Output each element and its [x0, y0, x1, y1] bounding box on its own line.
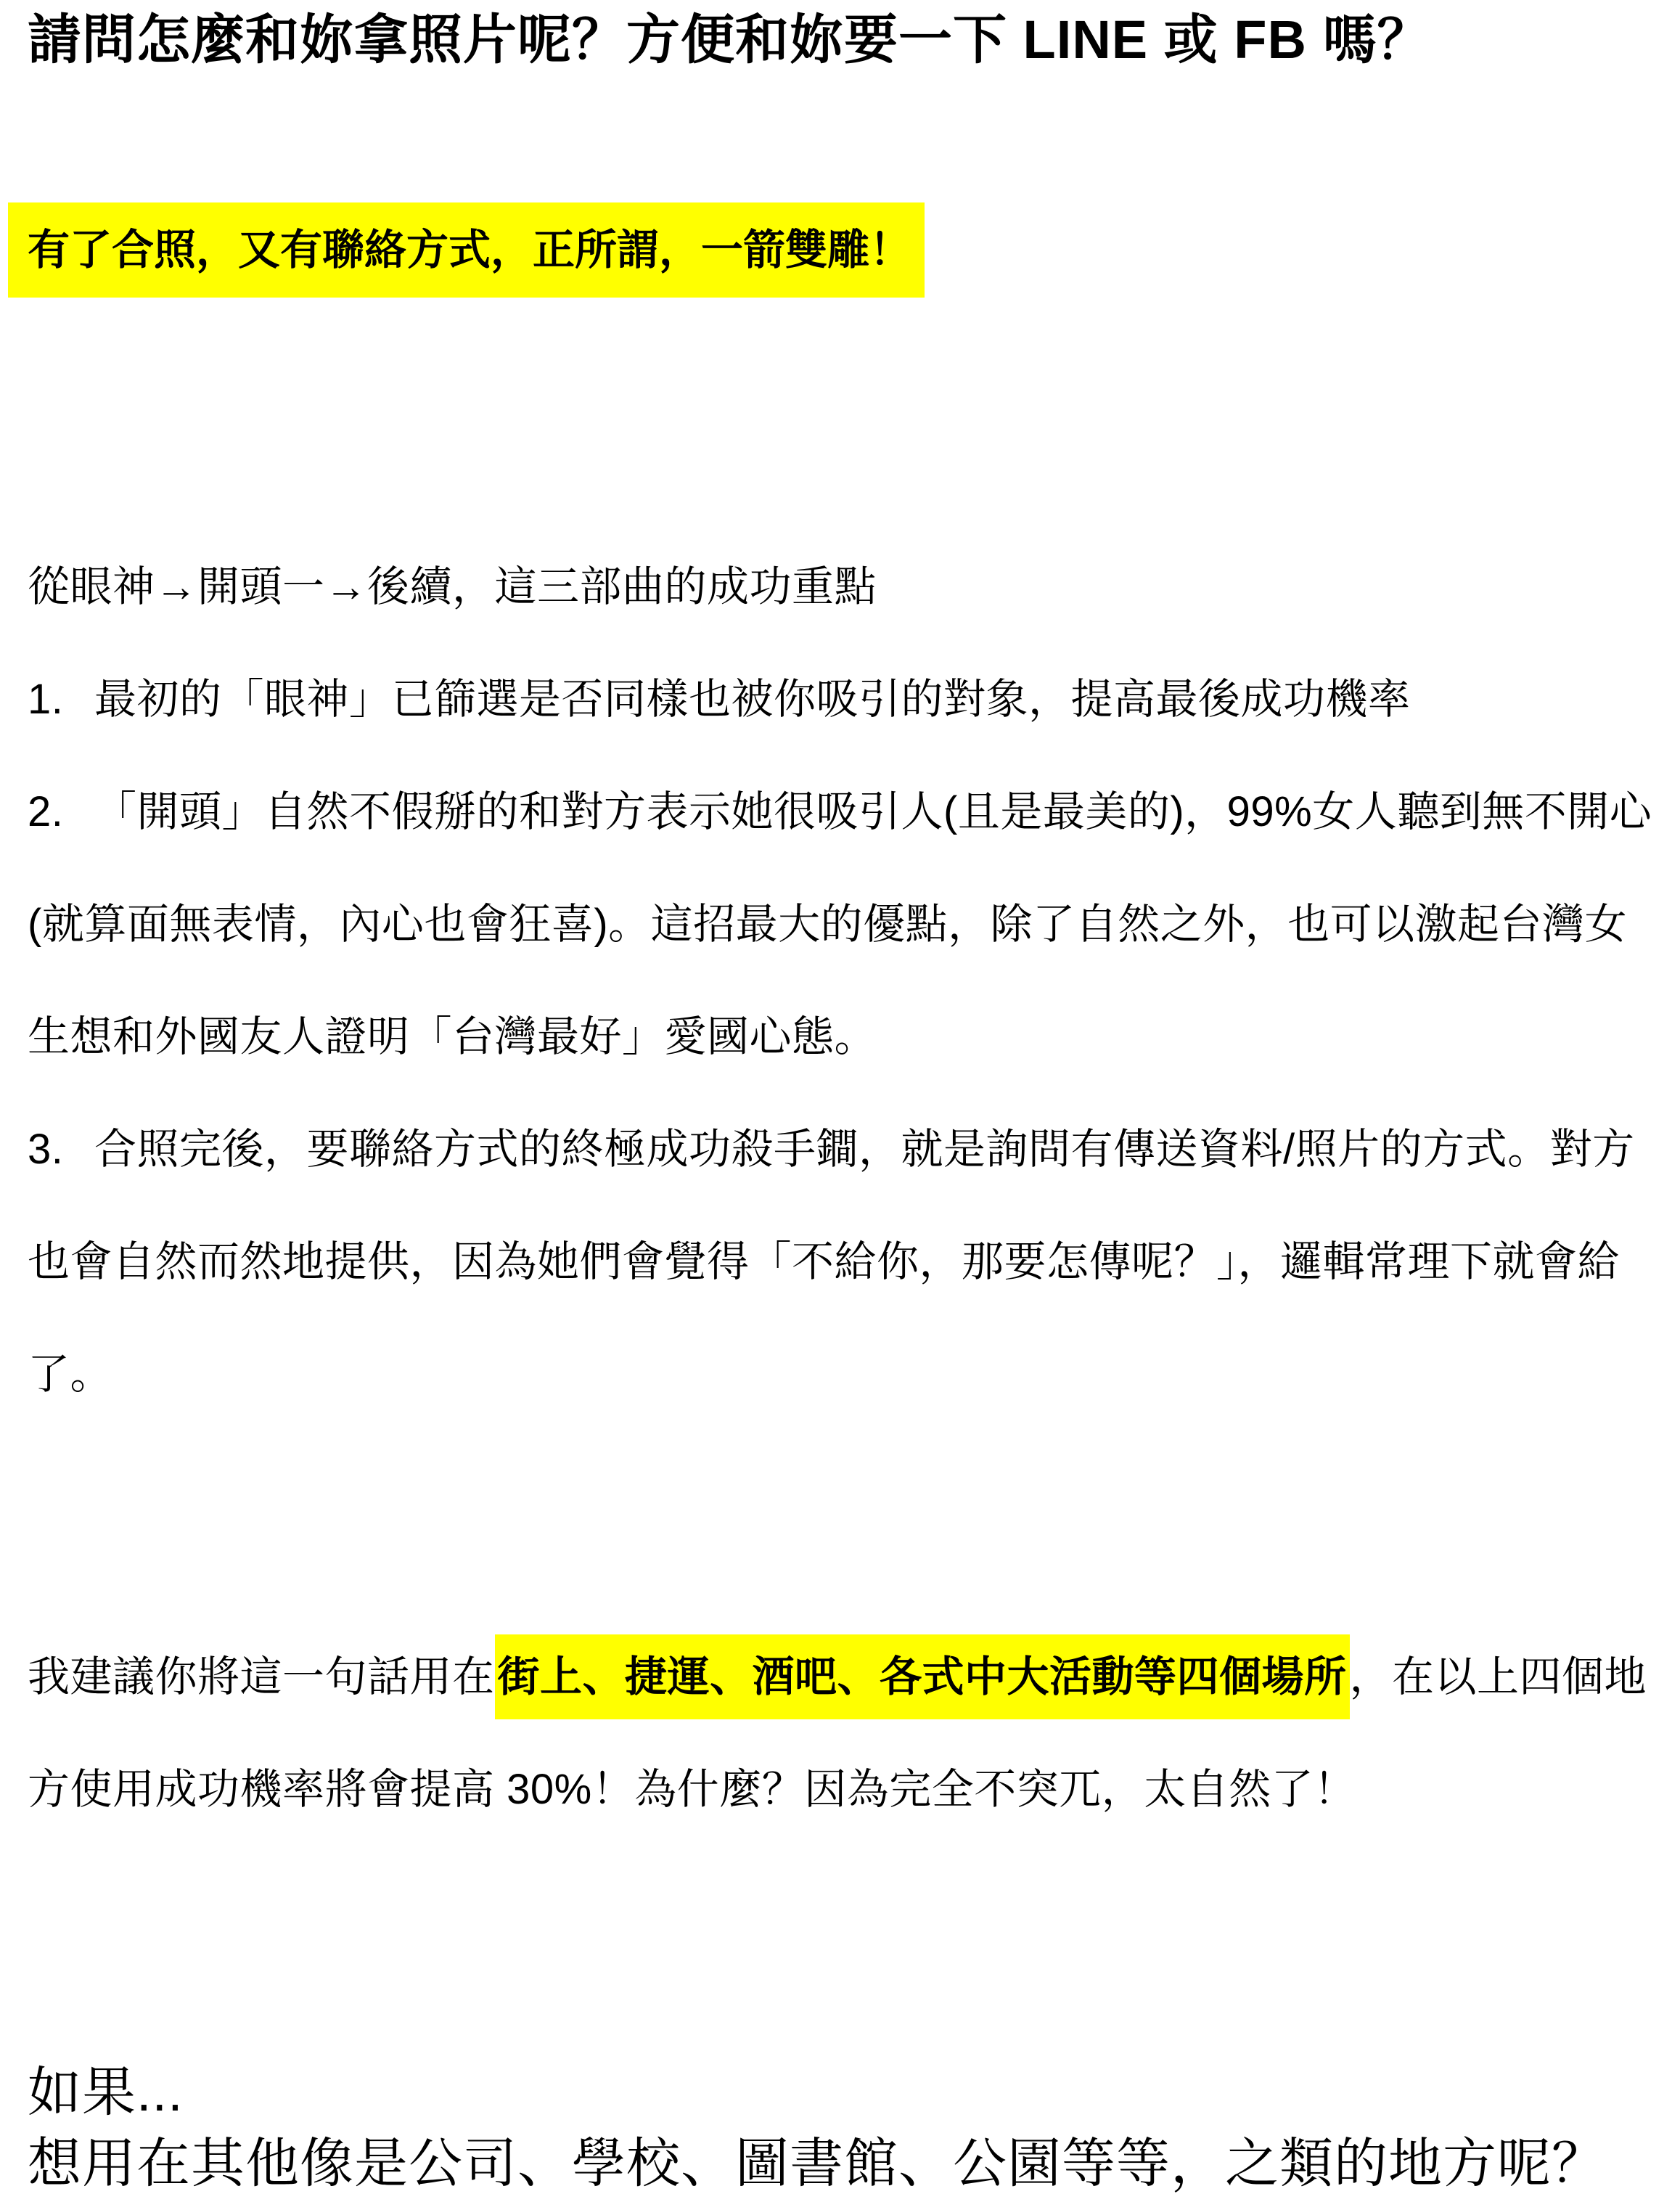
step-item: 3.合照完後，要聯絡方式的終極成功殺手鐧，就是詢問有傳送資料/照片的方式。對方也…: [28, 1093, 1653, 1430]
step-text: 最初的「眼神」已篩選是否同樣也被你吸引的對象，提高最後成功機率: [94, 676, 1411, 723]
advice-paragraph: 我建議你將這一句話用在街上、捷運、酒吧、各式中大活動等四個場所，在以上四個地方使…: [28, 1621, 1653, 1846]
advice-prefix: 我建議你將這一句話用在: [28, 1653, 495, 1700]
steps-list: 1.最初的「眼神」已篩選是否同樣也被你吸引的對象，提高最後成功機率2.「開頭」自…: [28, 643, 1653, 1430]
intro-line: 從眼神→開頭一→後續，這三部曲的成功重點: [28, 531, 1653, 643]
step-number: 1.: [28, 643, 94, 756]
step-number: 2.: [28, 756, 94, 868]
outro-line-2: 想用在其他像是公司、學校、圖書館、公園等等，之類的地方呢？: [28, 2128, 1653, 2194]
highlight-statement-text: 有了合照，又有聯絡方式，正所謂，一箭雙雕！: [8, 202, 925, 298]
step-item: 2.「開頭」自然不假掰的和對方表示她很吸引人(且是最美的)，99%女人聽到無不開…: [28, 756, 1653, 1093]
step-text: 合照完後，要聯絡方式的終極成功殺手鐧，就是詢問有傳送資料/照片的方式。對方也會自…: [28, 1126, 1635, 1398]
step-item: 1.最初的「眼神」已篩選是否同樣也被你吸引的對象，提高最後成功機率: [28, 643, 1653, 756]
document-page: 請問怎麼和妳拿照片呢？方便和妳要一下 LINE 或 FB 嗎？ 有了合照，又有聯…: [0, 0, 1680, 2194]
advice-highlighted-places: 街上、捷運、酒吧、各式中大活動等四個場所: [495, 1634, 1350, 1719]
outro-line-1: 如果...: [28, 2057, 1653, 2128]
document-title: 請問怎麼和妳拿照片呢？方便和妳要一下 LINE 或 FB 嗎？: [28, 7, 1653, 73]
highlight-statement-line: 有了合照，又有聯絡方式，正所謂，一箭雙雕！: [28, 205, 1653, 295]
step-text: 「開頭」自然不假掰的和對方表示她很吸引人(且是最美的)，99%女人聽到無不開心(…: [28, 788, 1652, 1060]
step-number: 3.: [28, 1093, 94, 1206]
outro-section: 如果... 想用在其他像是公司、學校、圖書館、公園等等，之類的地方呢？: [28, 2057, 1653, 2194]
